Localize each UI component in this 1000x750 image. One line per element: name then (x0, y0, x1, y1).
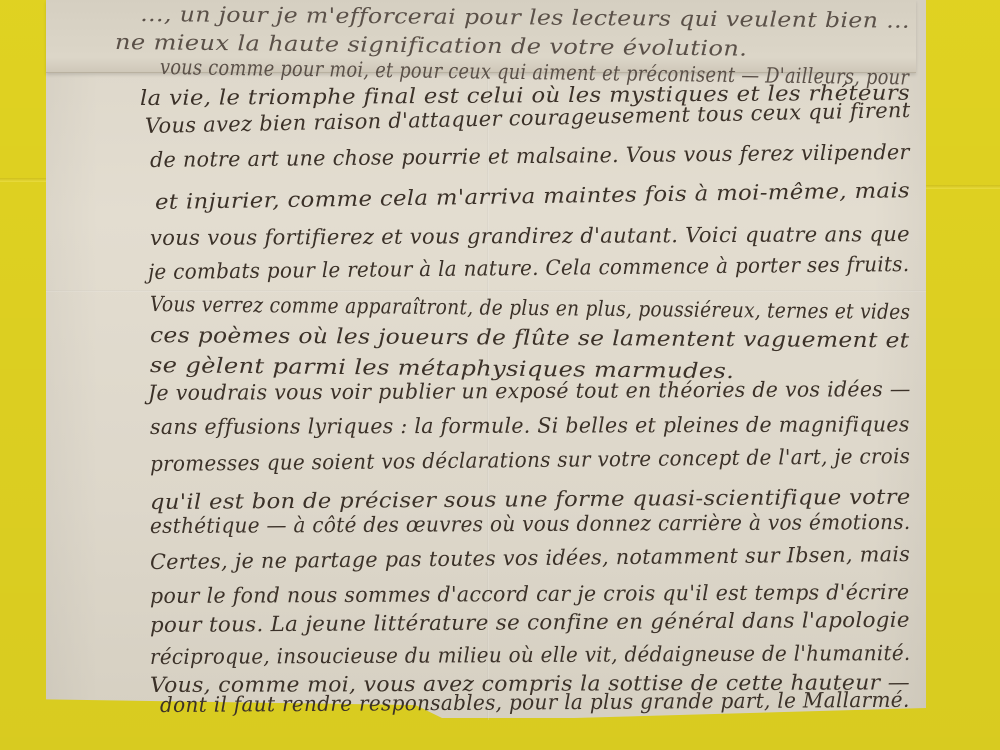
letter-line: …, un jour je m'efforcerai pour les lect… (140, 2, 910, 33)
letter-line: promesses que soient vos déclarations su… (150, 444, 910, 476)
letter-line: Je voudrais vous voir publier un exposé … (148, 377, 911, 405)
letter-line: dont il faut rendre responsables, pour l… (160, 688, 910, 717)
letter-line: ces poèmes où les joueurs de flûte se la… (150, 323, 910, 352)
letter-line: vous vous fortifierez et vous grandirez … (150, 222, 910, 250)
letter-line: je combats pour le retour à la nature. C… (148, 252, 910, 284)
letter-line: esthétique — à côté des œuvres où vous d… (150, 510, 911, 538)
letter-line: qu'il est bon de préciser sous une forme… (150, 485, 911, 514)
letter-line: Certes, je ne partage pas toutes vos idé… (150, 542, 910, 574)
letter-line: de notre art une chose pourrie et malsai… (150, 140, 910, 172)
letter-line: sans effusions lyriques : la formule. Si… (150, 412, 910, 439)
letter-line: pour le fond nous sommes d'accord car je… (150, 580, 910, 608)
handwritten-letter-body: …, un jour je m'efforcerai pour les lect… (0, 0, 1000, 750)
letter-line: et injurier, comme cela m'arriva maintes… (155, 178, 910, 214)
letter-line: réciproque, insoucieuse du milieu où ell… (150, 641, 911, 669)
letter-line: pour tous. La jeune littérature se confi… (150, 608, 910, 637)
letter-line: Vous verrez comme apparaîtront, de plus … (150, 292, 911, 324)
